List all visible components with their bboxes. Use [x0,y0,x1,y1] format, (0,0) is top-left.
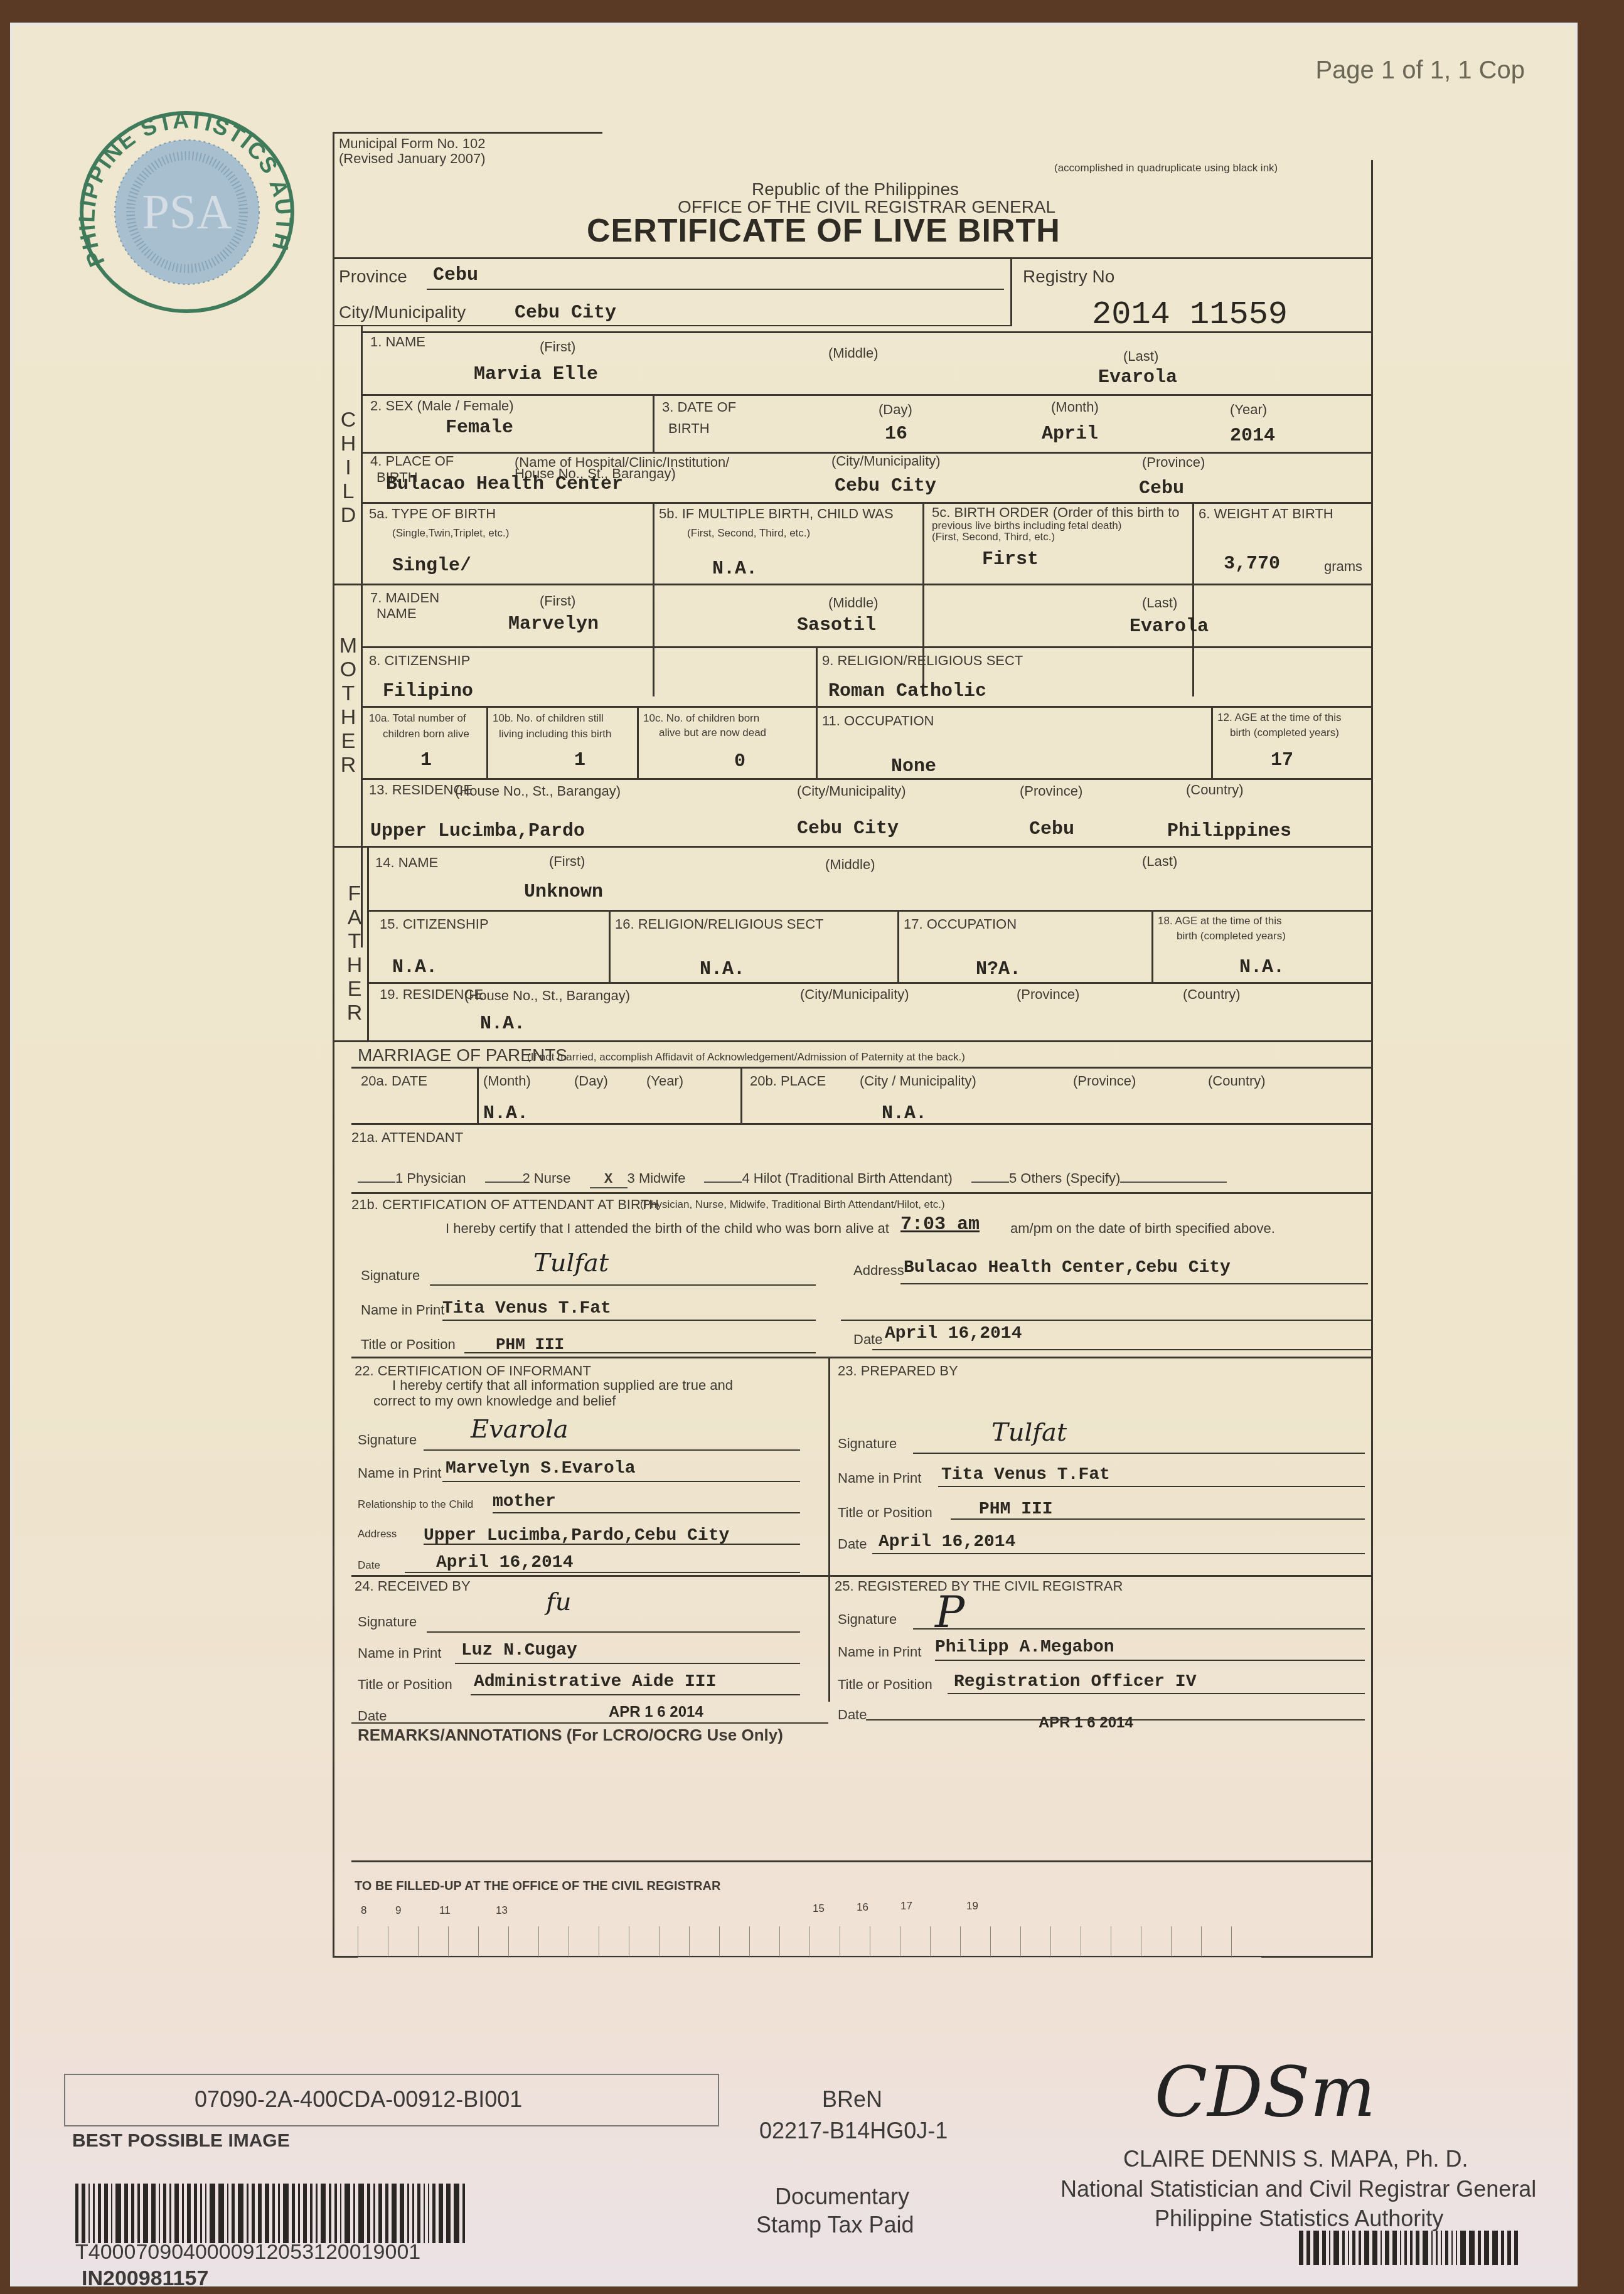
stamp-tax-line1: Documentary [775,2184,909,2210]
informant-date: April 16,2014 [436,1553,573,1572]
attendant-signature: Tulfat [533,1249,609,1278]
signatory-org: Philippine Statistics Authority [1155,2206,1443,2232]
registered-title: Registration Officer IV [954,1672,1196,1692]
mother-last-name: Evarola [1130,616,1209,638]
form-number: Municipal Form No. 102 [339,136,486,152]
barcode-icon [75,2184,468,2243]
child-birth-weight: 3,770 [1224,553,1280,575]
informant-signature: Evarola [471,1415,569,1444]
remarks-label: REMARKS/ANNOTATIONS (For LCRO/OCRG Use O… [358,1726,783,1745]
form-instruction: (accomplished in quadruplicate using bla… [1054,162,1278,174]
child-birth-place: Bulacao Health Center [386,474,623,495]
attendant-name: Tita Venus T.Fat [442,1299,611,1318]
registered-date-stamp: APR 1 6 2014 [1039,1714,1133,1732]
informant-name: Marvelyn S.Evarola [446,1459,635,1478]
national-statistician-signature: CDSm [1155,2052,1376,2132]
mother-first-name: Marvelyn [508,614,599,635]
received-name: Luz N.Cugay [461,1641,577,1660]
informant-relationship: mother [493,1492,556,1512]
informant-address: Upper Lucimba,Pardo,Cebu City [424,1526,729,1545]
attendant-option-midwife[interactable]: X3 Midwife [590,1170,686,1188]
serial-number: IN200981157 [82,2266,208,2291]
psa-seal-icon: PSA PHILIPPINE STATISTICS AUTHORITY [68,99,306,319]
received-title: Administrative Aide III [474,1672,716,1692]
child-birth-year: 2014 [1230,425,1275,447]
signatory-name: CLAIRE DENNIS S. MAPA, Ph. D. [1123,2146,1468,2172]
certificate-title: CERTIFICATE OF LIVE BIRTH [587,212,1060,250]
father-first-name: Unknown [524,882,603,903]
father-religion: N.A. [700,959,745,980]
mother-children-dead: 0 [734,751,745,772]
registered-signature: P [935,1586,964,1638]
attendant-birth-time: 7:03 am [900,1214,980,1235]
child-birth-city: Cebu City [835,476,936,497]
prepared-date: April 16,2014 [879,1532,1015,1552]
received-signature: fu [546,1587,572,1616]
office-use-boxes [358,1926,1274,1958]
father-age: N.A. [1239,957,1285,978]
mother-residence-city: Cebu City [797,818,899,840]
child-birth-order: First [982,549,1039,570]
birth-certificate-paper: Page 1 of 1, 1 Cop PSA PHILIPPINE STATIS… [13,25,1575,2284]
attendant-date: April 16,2014 [885,1324,1022,1343]
mother-religion: Roman Catholic [828,681,986,702]
mother-residence-country: Philippines [1167,821,1291,842]
section-father: FATHER [345,882,364,1025]
mother-middle-name: Sasotil [797,615,876,636]
bren-number: 02217-B14HG0J-1 [759,2118,948,2144]
form-revision: (Revised January 2007) [339,151,486,167]
bren-label: BReN [822,2086,882,2113]
attendant-options: 1 Physician 2 Nurse X3 Midwife 4 Hilot (… [358,1170,1227,1188]
attendant-option-others[interactable]: 5 Others (Specify) [971,1170,1227,1188]
svg-text:PSA: PSA [142,184,232,238]
child-birth-month: April [1042,424,1098,445]
best-image-label: BEST POSSIBLE IMAGE [72,2130,290,2152]
mother-children-living: 1 [574,750,585,771]
father-residence-house: N.A. [480,1013,525,1035]
mother-occupation: None [891,756,936,777]
child-birth-day: 16 [885,424,907,445]
attendant-option-hilot[interactable]: 4 Hilot (Traditional Birth Attendant) [704,1170,952,1188]
signatory-title: National Statistician and Civil Registra… [1060,2176,1536,2202]
prepared-signature: Tulfat [991,1418,1067,1447]
attendant-option-nurse[interactable]: 2 Nurse [485,1170,571,1188]
attendant-address: Bulacao Health Center,Cebu City [904,1258,1231,1278]
child-first-name: Marvia Elle [474,364,598,385]
barcode-number: T4000709040000912053120019001 [75,2240,420,2265]
small-barcode-icon [1299,2231,1521,2265]
city-value: Cebu City [515,302,616,324]
office-use-label: TO BE FILLED-UP AT THE OFFICE OF THE CIV… [355,1879,720,1894]
section-child: CHILD [339,408,358,527]
certificate-form: Municipal Form No. 102 (Revised January … [333,132,1374,1964]
province-value: Cebu [433,265,478,286]
attendant-option-physician[interactable]: 1 Physician [358,1170,466,1188]
received-date-stamp: APR 1 6 2014 [609,1704,703,1721]
mother-citizenship: Filipino [383,681,473,702]
child-sex: Female [446,417,513,439]
prepared-title: PHM III [979,1500,1053,1519]
document-code: 07090-2A-400CDA-00912-BI001 [195,2086,522,2113]
child-birth-province: Cebu [1139,478,1184,499]
marriage-date: N.A. [483,1103,528,1124]
marriage-place: N.A. [882,1103,927,1124]
child-multiple-birth: N.A. [712,558,757,580]
mother-residence-house: Upper Lucimba,Pardo [370,821,585,842]
stamp-tax-line2: Stamp Tax Paid [756,2212,914,2238]
registered-name: Philipp A.Megabon [935,1638,1114,1657]
father-occupation: N?A. [976,959,1021,980]
child-last-name: Evarola [1098,367,1177,388]
page-indicator: Page 1 of 1, 1 Cop [1315,56,1525,85]
father-citizenship: N.A. [392,957,437,978]
section-mother: MOTHER [339,634,358,777]
attendant-title: PHM III [496,1335,564,1354]
prepared-name: Tita Venus T.Fat [941,1465,1110,1485]
child-birth-type: Single/ [392,555,471,577]
mother-age: 17 [1271,750,1293,771]
registry-number: 2014 11559 [1092,296,1288,333]
mother-children-born-alive: 1 [420,750,432,771]
mother-residence-province: Cebu [1029,819,1074,840]
